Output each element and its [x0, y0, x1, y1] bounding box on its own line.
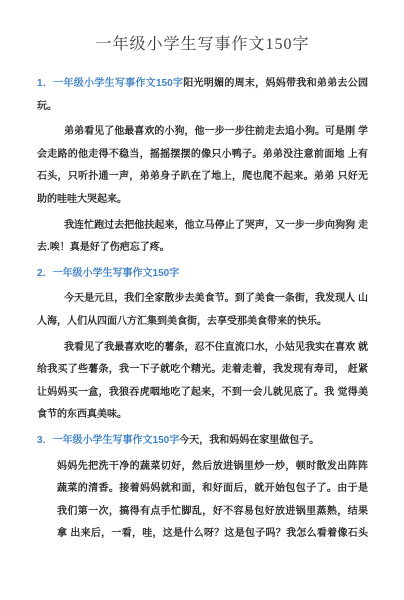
essay-line: 妈妈先把洗干净的蔬菜切好，然后放进锅里炒一炒，顿时散发出阵阵 — [57, 456, 368, 479]
essay-line: 我看见了我最喜欢吃的薯条，忍不住直流口水，小姑见我实在喜欢 就 — [37, 337, 368, 360]
essay-line: 今天是元旦，我们全家散步去美食节。到了美食一条街，我发现人 山 — [37, 288, 368, 311]
essay-heading-inline-text: 今天，我和妈妈在家里做包子。 — [179, 435, 319, 446]
essay-line: 石头，只听扑通一声，弟弟身子趴在了地上，爬也爬不起来。弟弟 只好无 — [37, 166, 368, 189]
essay-paragraph: 弟弟看见了他最喜欢的小狗，他一步一步往前走去追小狗。可是刚 学 会走路的他走得不… — [37, 121, 368, 211]
essay-line: 助的哇哇大哭起来。 — [37, 189, 368, 212]
essay-line: 拿 出来后，一看，哇，这是什么呀？这是包子吗？我怎么看着像石头 — [57, 523, 368, 546]
essay-line: 给我买了些薯条，我一下子就吃个精光。走着走着，我发现有寿司， 赶紧 — [37, 359, 368, 382]
essay-heading-line: 3．一年级小学生写事作文150字今天，我和妈妈在家里做包子。 — [37, 430, 368, 453]
essay-line: 我连忙跑过去把他扶起来，他立马停止了哭声，又一步一步向狗狗 走 — [37, 215, 368, 238]
essay-paragraph: 我看见了我最喜欢吃的薯条，忍不住直流口水，小姑见我实在喜欢 就 给我买了些薯条，… — [37, 337, 368, 427]
essay-line: 会走路的他走得不稳当，摇摇摆摆的像只小鸭子。弟弟没注意前面地 上有 — [37, 144, 368, 167]
essay-heading-label: 1．一年级小学生写事作文150字 — [37, 78, 183, 89]
essay-heading-label: 2．一年级小学生写事作文150字 — [37, 268, 179, 279]
essay-line: 我们第一次，搞得有点手忙脚乱，好不容易包好放进锅里蒸熟，结果 — [57, 501, 368, 524]
essay-line: 玩。 — [37, 96, 368, 119]
essay-heading-label: 3．一年级小学生写事作文150字 — [37, 435, 179, 446]
essay-section-2: 2．一年级小学生写事作文150字 今天是元旦，我们全家散步去美食节。到了美食一条… — [37, 263, 368, 427]
page-title: 一年级小学生写事作文150字 — [37, 33, 368, 57]
essay-paragraph: 妈妈先把洗干净的蔬菜切好，然后放进锅里炒一炒，顿时散发出阵阵 蔬菜的清香。接着妈… — [37, 456, 368, 546]
essay-heading-inline-text: 阳光明媚的周末，妈妈带我和弟弟去公园 — [183, 78, 368, 89]
essay-heading-line: 2．一年级小学生写事作文150字 — [37, 263, 368, 286]
essay-line: 去.唉！真是好了伤疤忘了疼。 — [37, 237, 368, 260]
essay-line: 弟弟看见了他最喜欢的小狗，他一步一步往前走去追小狗。可是刚 学 — [37, 121, 368, 144]
essay-paragraph: 我连忙跑过去把他扶起来，他立马停止了哭声，又一步一步向狗狗 走 去.唉！真是好了… — [37, 215, 368, 260]
essay-line: 食节的东西真美味。 — [37, 404, 368, 427]
essay-heading-line: 1．一年级小学生写事作文150字阳光明媚的周末，妈妈带我和弟弟去公园 — [37, 73, 368, 96]
essay-line: 让妈妈买一盒，我狼吞虎咽地吃了起来，不到一会儿就见底了。我 觉得美 — [37, 382, 368, 405]
essay-section-1: 1．一年级小学生写事作文150字阳光明媚的周末，妈妈带我和弟弟去公园 玩。 弟弟… — [37, 73, 368, 260]
document-page: 一年级小学生写事作文150字 1．一年级小学生写事作文150字阳光明媚的周末，妈… — [0, 0, 404, 600]
essay-line: 人海，人们从四面八方汇集到美食街，去享受那美食带来的快乐。 — [37, 311, 368, 334]
essay-paragraph: 今天是元旦，我们全家散步去美食节。到了美食一条街，我发现人 山 人海，人们从四面… — [37, 288, 368, 333]
essay-section-3: 3．一年级小学生写事作文150字今天，我和妈妈在家里做包子。 妈妈先把洗干净的蔬… — [37, 430, 368, 546]
essay-line: 蔬菜的清香。接着妈妈就和面，和好面后，就开始包包子了。由于是 — [57, 478, 368, 501]
